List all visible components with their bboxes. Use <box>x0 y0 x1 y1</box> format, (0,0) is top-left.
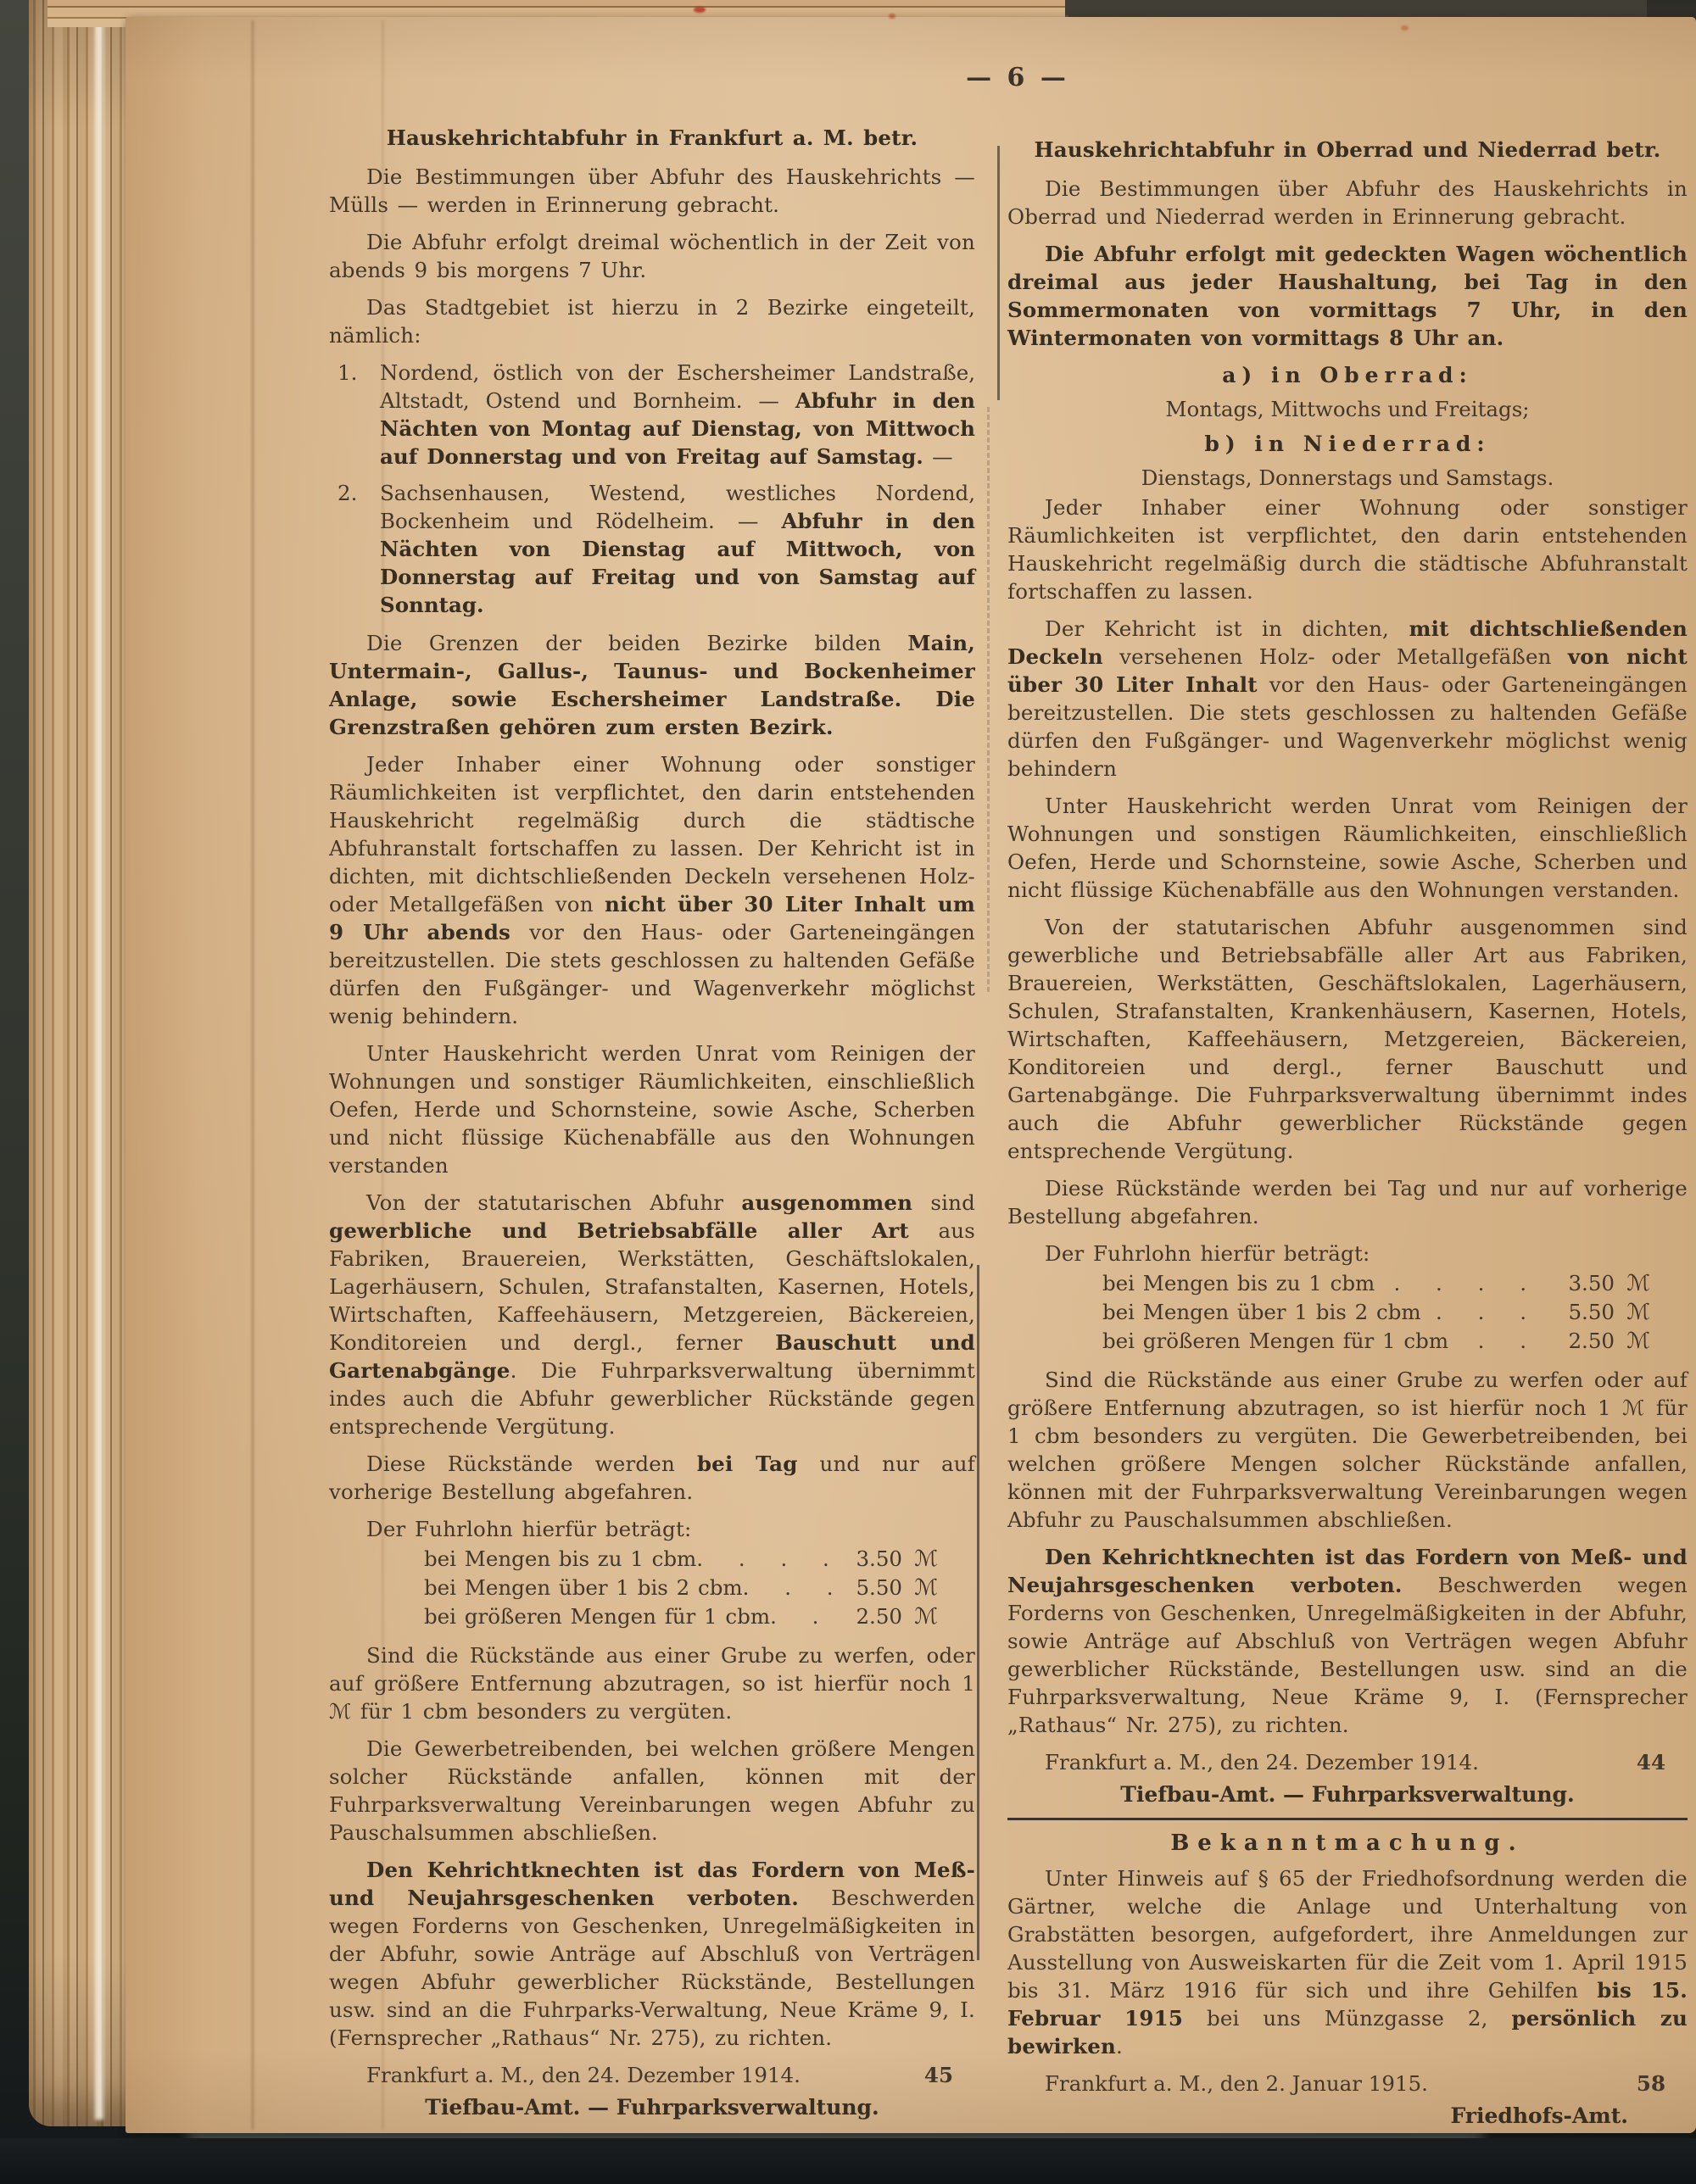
fee-row: bei größeren Mengen für 1 cbm . . 2.50 ℳ <box>329 1602 975 1631</box>
date-line: Frankfurt a. M., den 24. Dezember 1914. … <box>1007 1748 1688 1777</box>
fee-row: bei Mengen bis zu 1 cbm . . . . 3.50 ℳ <box>329 1545 975 1574</box>
fee-row: bei größeren Mengen für 1 cbm . . 2.50 ℳ <box>1007 1327 1688 1356</box>
paragraph: Von der statutarischen Abfuhr ausgenomme… <box>1007 913 1688 1165</box>
column-divider-rule <box>997 146 1000 400</box>
paragraph: Den Kehrichtknechten ist das Fordern von… <box>1007 1543 1688 1739</box>
paragraph: Von der statutarischen Abfuhr ausgenomme… <box>329 1189 975 1440</box>
mark-currency-symbol: ℳ <box>902 1574 938 1602</box>
fee-label: bei größeren Mengen für 1 cbm <box>424 1602 770 1631</box>
collection-days-niederrad: Dienstags, Donnerstags und Samstags. <box>1007 464 1688 492</box>
fee-price: 2.50 <box>1548 1327 1615 1356</box>
paragraph: Die Gewerbetreibenden, bei welchen größe… <box>329 1735 975 1847</box>
subheading-niederrad: b) in Niederrad: <box>1007 430 1688 459</box>
fee-price: 5.50 <box>1548 1298 1615 1327</box>
collection-days-oberrad: Montags, Mittwochs und Freitags; <box>1007 395 1688 423</box>
paragraph: Unter Hauskehricht werden Unrat vom Rein… <box>1007 792 1688 904</box>
paragraph: Unter Hinweis auf § 65 der Friedhofsordn… <box>1007 1864 1688 2060</box>
fee-leader-dots: . . . <box>1421 1298 1548 1327</box>
paragraph: Sind die Rückstände aus einer Grube zu w… <box>329 1641 975 1725</box>
signature-office: Tiefbau-Amt. — Fuhrparksverwaltung. <box>1007 1780 1688 1809</box>
page-number: — 6 — <box>933 63 1102 92</box>
paragraph: Die Abfuhr erfolgt mit gedeckten Wagen w… <box>1007 240 1688 352</box>
paragraph: Die Bestimmungen über Abfuhr des Hauskeh… <box>1007 175 1688 231</box>
fee-table: bei Mengen bis zu 1 cbm . . . . 3.50 ℳ b… <box>329 1545 975 1631</box>
paragraph: Die Grenzen der beiden Bezirke bilden Ma… <box>329 629 975 741</box>
date-text: Frankfurt a. M., den 24. Dezember 1914. <box>1007 1748 1479 1777</box>
fee-table: bei Mengen bis zu 1 cbm . . . . 3.50 ℳ b… <box>1007 1269 1688 1356</box>
paragraph: Jeder Inhaber einer Wohnung oder sonstig… <box>329 750 975 1030</box>
fee-row: bei Mengen über 1 bis 2 cbm . . . 5.50 ℳ <box>329 1574 975 1602</box>
scanned-gazette-page: { "page": { "number_display": "— 6 —" },… <box>0 0 1696 2184</box>
column-divider-rule <box>977 1265 979 1960</box>
fee-row: bei Mengen über 1 bis 2 cbm . . . 5.50 ℳ <box>1007 1298 1688 1327</box>
announcement-title: Bekanntmachung. <box>1007 1830 1688 1856</box>
fee-label: bei Mengen über 1 bis 2 cbm <box>1102 1298 1421 1327</box>
signature-office: Tiefbau-Amt. — Fuhrparksverwaltung. <box>329 2093 975 2122</box>
date-text: Frankfurt a. M., den 24. Dezember 1914. <box>329 2061 801 2090</box>
scan-speck <box>694 7 706 13</box>
mark-currency-symbol: ℳ <box>1615 1298 1650 1327</box>
paragraph: Der Fuhrlohn hierfür beträgt: <box>1007 1240 1688 1267</box>
paragraph: Das Stadtgebiet ist hierzu in 2 Bezirke … <box>329 293 975 349</box>
left-column: Hauskehrichtabfuhr in Frankfurt a. M. be… <box>329 124 975 2129</box>
paragraph: Der Kehricht ist in dichten, mit dichtsc… <box>1007 615 1688 783</box>
signature-office: Friedhofs-Amt. <box>1007 2102 1688 2131</box>
paper-crease <box>251 20 254 2130</box>
paragraph: Jeder Inhaber einer Wohnung oder sonstig… <box>1007 493 1688 605</box>
page-edge-highlight <box>95 0 103 2120</box>
fee-price: 5.50 <box>836 1574 902 1602</box>
paragraph: Diese Rückstände werden bei Tag und nur … <box>329 1450 975 1506</box>
column-divider-rule <box>987 407 990 992</box>
section-divider-rule <box>1007 1818 1688 1820</box>
mark-currency-symbol: ℳ <box>1615 1269 1650 1298</box>
fee-leader-dots: . . <box>1448 1327 1548 1356</box>
list-item-text: Sachsenhausen, Westend, westliches Norde… <box>380 481 975 617</box>
date-line: Frankfurt a. M., den 2. Januar 1915. 58 <box>1007 2070 1688 2098</box>
fee-label: bei größeren Mengen für 1 cbm <box>1102 1327 1448 1356</box>
fee-label: bei Mengen bis zu 1 cbm <box>1102 1269 1375 1298</box>
subheading-oberrad: a) in Oberrad: <box>1007 361 1688 390</box>
fee-leader-dots: . . . <box>743 1574 836 1602</box>
paragraph: Die Abfuhr erfolgt dreimal wöchentlich i… <box>329 228 975 284</box>
paragraph: Sind die Rückstände aus einer Grube zu w… <box>1007 1366 1688 1534</box>
paragraph: Der Fuhrlohn hierfür beträgt: <box>329 1515 975 1543</box>
date-line: Frankfurt a. M., den 24. Dezember 1914. … <box>329 2061 975 2090</box>
fee-price: 3.50 <box>836 1545 902 1574</box>
paragraph: Den Kehrichtknechten ist das Fordern von… <box>329 1856 975 2052</box>
article-title-right: Hauskehrichtabfuhr in Oberrad und Nieder… <box>1007 136 1688 164</box>
fee-leader-dots: . . <box>770 1602 836 1631</box>
list-number: 1. <box>338 359 357 387</box>
list-item-district-2: 2. Sachsenhausen, Westend, westliches No… <box>329 479 975 619</box>
fee-price: 3.50 <box>1548 1269 1615 1298</box>
scan-speck <box>889 14 895 19</box>
fee-leader-dots: . . . . <box>1375 1269 1548 1298</box>
scanner-bed-bottom <box>0 2138 1696 2184</box>
mark-currency-symbol: ℳ <box>902 1602 938 1631</box>
mark-currency-symbol: ℳ <box>902 1545 938 1574</box>
doc-number: 44 <box>1637 1748 1688 1777</box>
article-title-left: Hauskehrichtabfuhr in Frankfurt a. M. be… <box>329 124 975 152</box>
fee-label: bei Mengen bis zu 1 cbm <box>424 1545 696 1574</box>
paragraph: Unter Hauskehricht werden Unrat vom Rein… <box>329 1039 975 1179</box>
date-text: Frankfurt a. M., den 2. Januar 1915. <box>1007 2070 1428 2098</box>
district-list: 1. Nordend, östlich von der Eschersheime… <box>329 359 975 619</box>
paragraph: Die Bestimmungen über Abfuhr des Hauskeh… <box>329 163 975 219</box>
right-column: Hauskehrichtabfuhr in Oberrad und Nieder… <box>1007 136 1688 2137</box>
list-item-text: Nordend, östlich von der Eschersheimer L… <box>380 360 975 469</box>
fee-price: 2.50 <box>836 1602 902 1631</box>
doc-number: 58 <box>1637 2070 1688 2098</box>
fee-row: bei Mengen bis zu 1 cbm . . . . 3.50 ℳ <box>1007 1269 1688 1298</box>
list-number: 2. <box>338 479 357 507</box>
doc-number: 45 <box>924 2061 975 2090</box>
mark-currency-symbol: ℳ <box>1615 1327 1650 1356</box>
paragraph: Diese Rückstände werden bei Tag und nur … <box>1007 1174 1688 1230</box>
scan-speck <box>1401 25 1409 31</box>
fee-label: bei Mengen über 1 bis 2 cbm <box>424 1574 743 1602</box>
fee-leader-dots: . . . . <box>696 1545 836 1574</box>
list-item-district-1: 1. Nordend, östlich von der Eschersheime… <box>329 359 975 471</box>
